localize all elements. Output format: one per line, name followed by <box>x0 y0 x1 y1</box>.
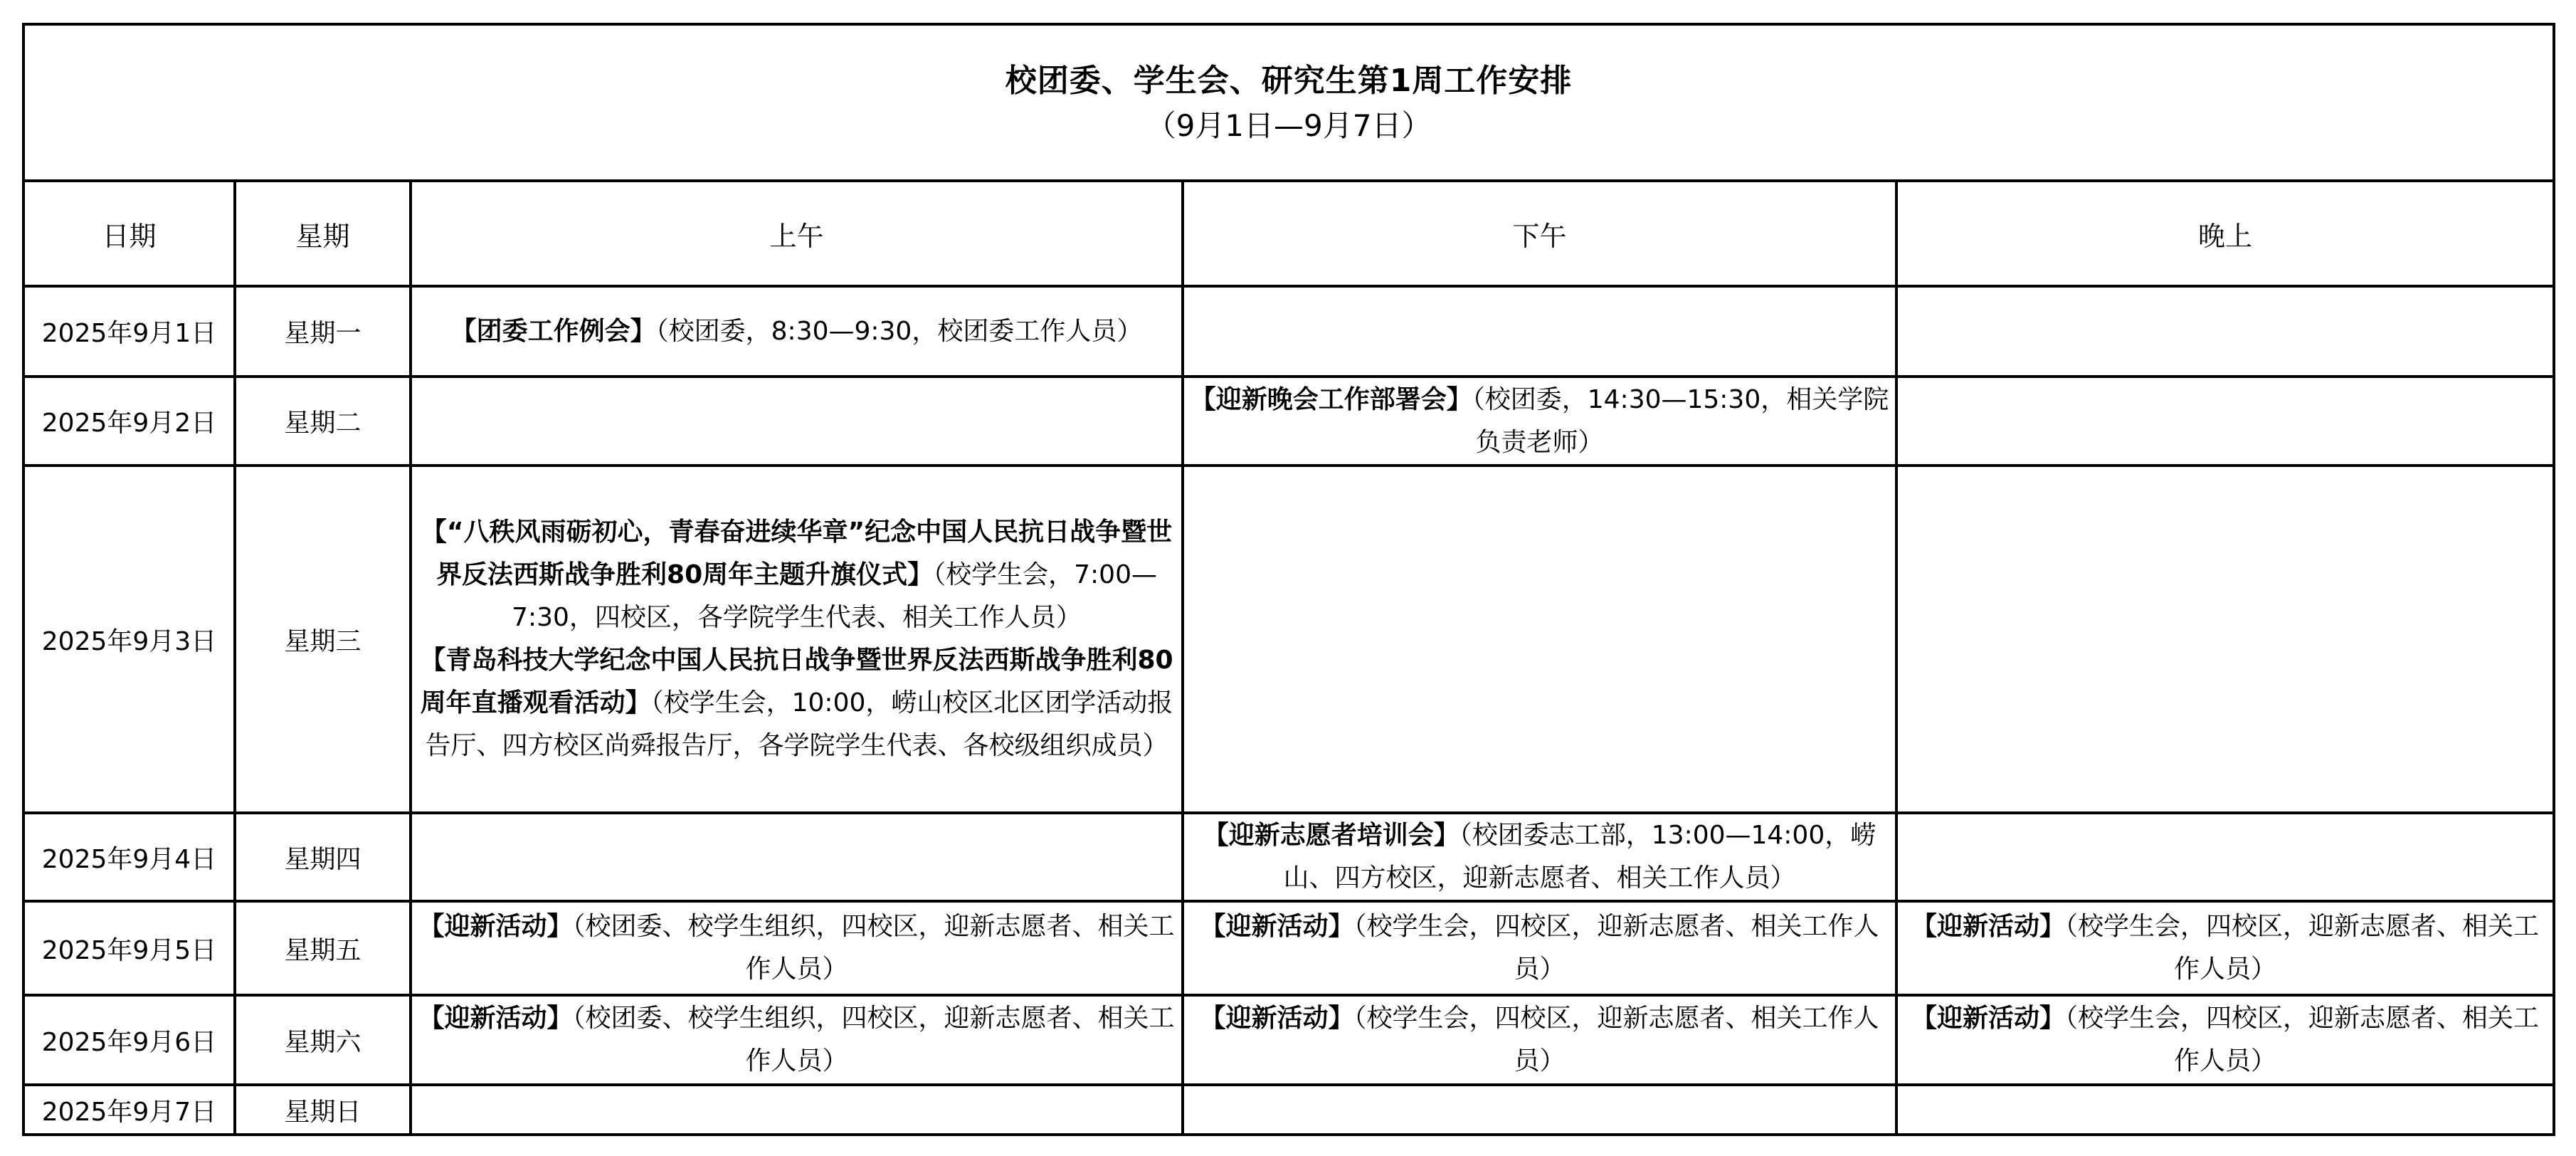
date-cell: 2025年9月2日 <box>23 377 235 466</box>
afternoon-cell <box>1183 1085 1896 1135</box>
evening-cell: 【迎新活动】（校学生会，四校区，迎新志愿者、相关工作人员） <box>1896 995 2554 1085</box>
event-name: 【团委工作例会】 <box>451 317 656 346</box>
table-row: 2025年9月1日 星期一 【团委工作例会】（校团委，8:30—9:30，校团委… <box>23 286 2554 377</box>
weekday-cell: 星期二 <box>235 377 411 466</box>
event-item: 【迎新活动】（校学生会，四校区，迎新志愿者、相关工作人员） <box>1188 997 1891 1083</box>
event-detail: （校学生会，四校区，迎新志愿者、相关工作人员） <box>1354 912 1879 984</box>
event-item: 【迎新志愿者培训会】（校团委志工部，13:00—14:00，崂山、四方校区，迎新… <box>1188 814 1891 900</box>
afternoon-cell <box>1183 286 1896 377</box>
title-row: 校团委、学生会、研究生第1周工作安排 （9月1日—9月7日） <box>23 24 2554 181</box>
event-item: 【团委工作例会】（校团委，8:30—9:30，校团委工作人员） <box>416 310 1177 353</box>
afternoon-cell: 【迎新晚会工作部署会】（校团委，14:30—15:30，相关学院负责老师） <box>1183 377 1896 466</box>
event-detail: （校团委，8:30—9:30，校团委工作人员） <box>656 317 1143 346</box>
event-name: 【迎新活动】 <box>418 912 572 941</box>
column-header-afternoon: 下午 <box>1183 181 1896 286</box>
table-row: 2025年9月5日 星期五 【迎新活动】（校团委、校学生组织，四校区，迎新志愿者… <box>23 901 2554 995</box>
event-item: 【迎新活动】（校学生会，四校区，迎新志愿者、相关工作人员） <box>1902 905 2548 991</box>
column-header-date: 日期 <box>23 181 235 286</box>
document-date-range: （9月1日—9月7日） <box>29 105 2548 147</box>
morning-cell: 【迎新活动】（校团委、校学生组织，四校区，迎新志愿者、相关工作人员） <box>411 901 1183 995</box>
date-cell: 2025年9月4日 <box>23 813 235 901</box>
evening-cell <box>1896 813 2554 901</box>
column-header-morning: 上午 <box>411 181 1183 286</box>
event-detail: （校学生会，四校区，迎新志愿者、相关工作人员） <box>2065 1004 2539 1076</box>
afternoon-cell <box>1183 466 1896 813</box>
event-detail: （校团委、校学生组织，四校区，迎新志愿者、相关工作人员） <box>573 1004 1175 1076</box>
table-row: 2025年9月4日 星期四 【迎新志愿者培训会】（校团委志工部，13:00—14… <box>23 813 2554 901</box>
event-detail: （校团委、校学生组织，四校区，迎新志愿者、相关工作人员） <box>573 912 1175 984</box>
date-cell: 2025年9月6日 <box>23 995 235 1085</box>
weekday-cell: 星期六 <box>235 995 411 1085</box>
event-name: 【迎新晚会工作部署会】 <box>1191 385 1472 414</box>
document-title: 校团委、学生会、研究生第1周工作安排 <box>29 58 2548 105</box>
event-name: 【迎新活动】 <box>418 1004 572 1033</box>
header-row: 日期 星期 上午 下午 晚上 <box>23 181 2554 286</box>
table-row: 2025年9月3日 星期三 【“八秩风雨砺初心，青春奋进续华章”纪念中国人民抗日… <box>23 466 2554 813</box>
event-item: 【迎新晚会工作部署会】（校团委，14:30—15:30，相关学院负责老师） <box>1188 379 1891 464</box>
evening-cell <box>1896 466 2554 813</box>
date-cell: 2025年9月7日 <box>23 1085 235 1135</box>
column-header-evening: 晚上 <box>1896 181 2554 286</box>
weekday-cell: 星期五 <box>235 901 411 995</box>
event-item: 【迎新活动】（校团委、校学生组织，四校区，迎新志愿者、相关工作人员） <box>416 997 1177 1083</box>
event-item: 【迎新活动】（校学生会，四校区，迎新志愿者、相关工作人员） <box>1902 997 2548 1083</box>
morning-cell: 【“八秩风雨砺初心，青春奋进续华章”纪念中国人民抗日战争暨世界反法西斯战争胜利8… <box>411 466 1183 813</box>
weekday-cell: 星期一 <box>235 286 411 377</box>
event-item: 【迎新活动】（校团委、校学生组织，四校区，迎新志愿者、相关工作人员） <box>416 905 1177 991</box>
column-header-weekday: 星期 <box>235 181 411 286</box>
morning-cell <box>411 377 1183 466</box>
weekday-cell: 星期三 <box>235 466 411 813</box>
schedule-table: 校团委、学生会、研究生第1周工作安排 （9月1日—9月7日） 日期 星期 上午 … <box>22 23 2555 1136</box>
event-name: 【迎新活动】 <box>1200 1004 1353 1033</box>
event-detail: （校学生会，四校区，迎新志愿者、相关工作人员） <box>2065 912 2539 984</box>
afternoon-cell: 【迎新志愿者培训会】（校团委志工部，13:00—14:00，崂山、四方校区，迎新… <box>1183 813 1896 901</box>
table-row: 2025年9月2日 星期二 【迎新晚会工作部署会】（校团委，14:30—15:3… <box>23 377 2554 466</box>
table-row: 2025年9月6日 星期六 【迎新活动】（校团委、校学生组织，四校区，迎新志愿者… <box>23 995 2554 1085</box>
evening-cell <box>1896 286 2554 377</box>
table-row: 2025年9月7日 星期日 <box>23 1085 2554 1135</box>
evening-cell <box>1896 1085 2554 1135</box>
event-detail: （校学生会，四校区，迎新志愿者、相关工作人员） <box>1354 1004 1879 1076</box>
event-name: 【迎新活动】 <box>1200 912 1353 941</box>
event-name: 【迎新活动】 <box>1911 1004 2065 1033</box>
event-item: 【迎新活动】（校学生会，四校区，迎新志愿者、相关工作人员） <box>1188 905 1891 991</box>
evening-cell: 【迎新活动】（校学生会，四校区，迎新志愿者、相关工作人员） <box>1896 901 2554 995</box>
event-detail: （校团委，14:30—15:30，相关学院负责老师） <box>1472 385 1889 457</box>
event-name: 【迎新志愿者培训会】 <box>1203 821 1459 850</box>
weekday-cell: 星期四 <box>235 813 411 901</box>
morning-cell: 【迎新活动】（校团委、校学生组织，四校区，迎新志愿者、相关工作人员） <box>411 995 1183 1085</box>
event-item: 【青岛科技大学纪念中国人民抗日战争暨世界反法西斯战争胜利80周年直播观看活动】（… <box>416 639 1177 767</box>
title-cell: 校团委、学生会、研究生第1周工作安排 （9月1日—9月7日） <box>23 24 2554 181</box>
event-item: 【“八秩风雨砺初心，青春奋进续华章”纪念中国人民抗日战争暨世界反法西斯战争胜利8… <box>416 511 1177 639</box>
date-cell: 2025年9月1日 <box>23 286 235 377</box>
afternoon-cell: 【迎新活动】（校学生会，四校区，迎新志愿者、相关工作人员） <box>1183 901 1896 995</box>
morning-cell <box>411 813 1183 901</box>
weekday-cell: 星期日 <box>235 1085 411 1135</box>
date-cell: 2025年9月3日 <box>23 466 235 813</box>
date-cell: 2025年9月5日 <box>23 901 235 995</box>
evening-cell <box>1896 377 2554 466</box>
afternoon-cell: 【迎新活动】（校学生会，四校区，迎新志愿者、相关工作人员） <box>1183 995 1896 1085</box>
event-name: 【迎新活动】 <box>1911 912 2065 941</box>
morning-cell <box>411 1085 1183 1135</box>
morning-cell: 【团委工作例会】（校团委，8:30—9:30，校团委工作人员） <box>411 286 1183 377</box>
